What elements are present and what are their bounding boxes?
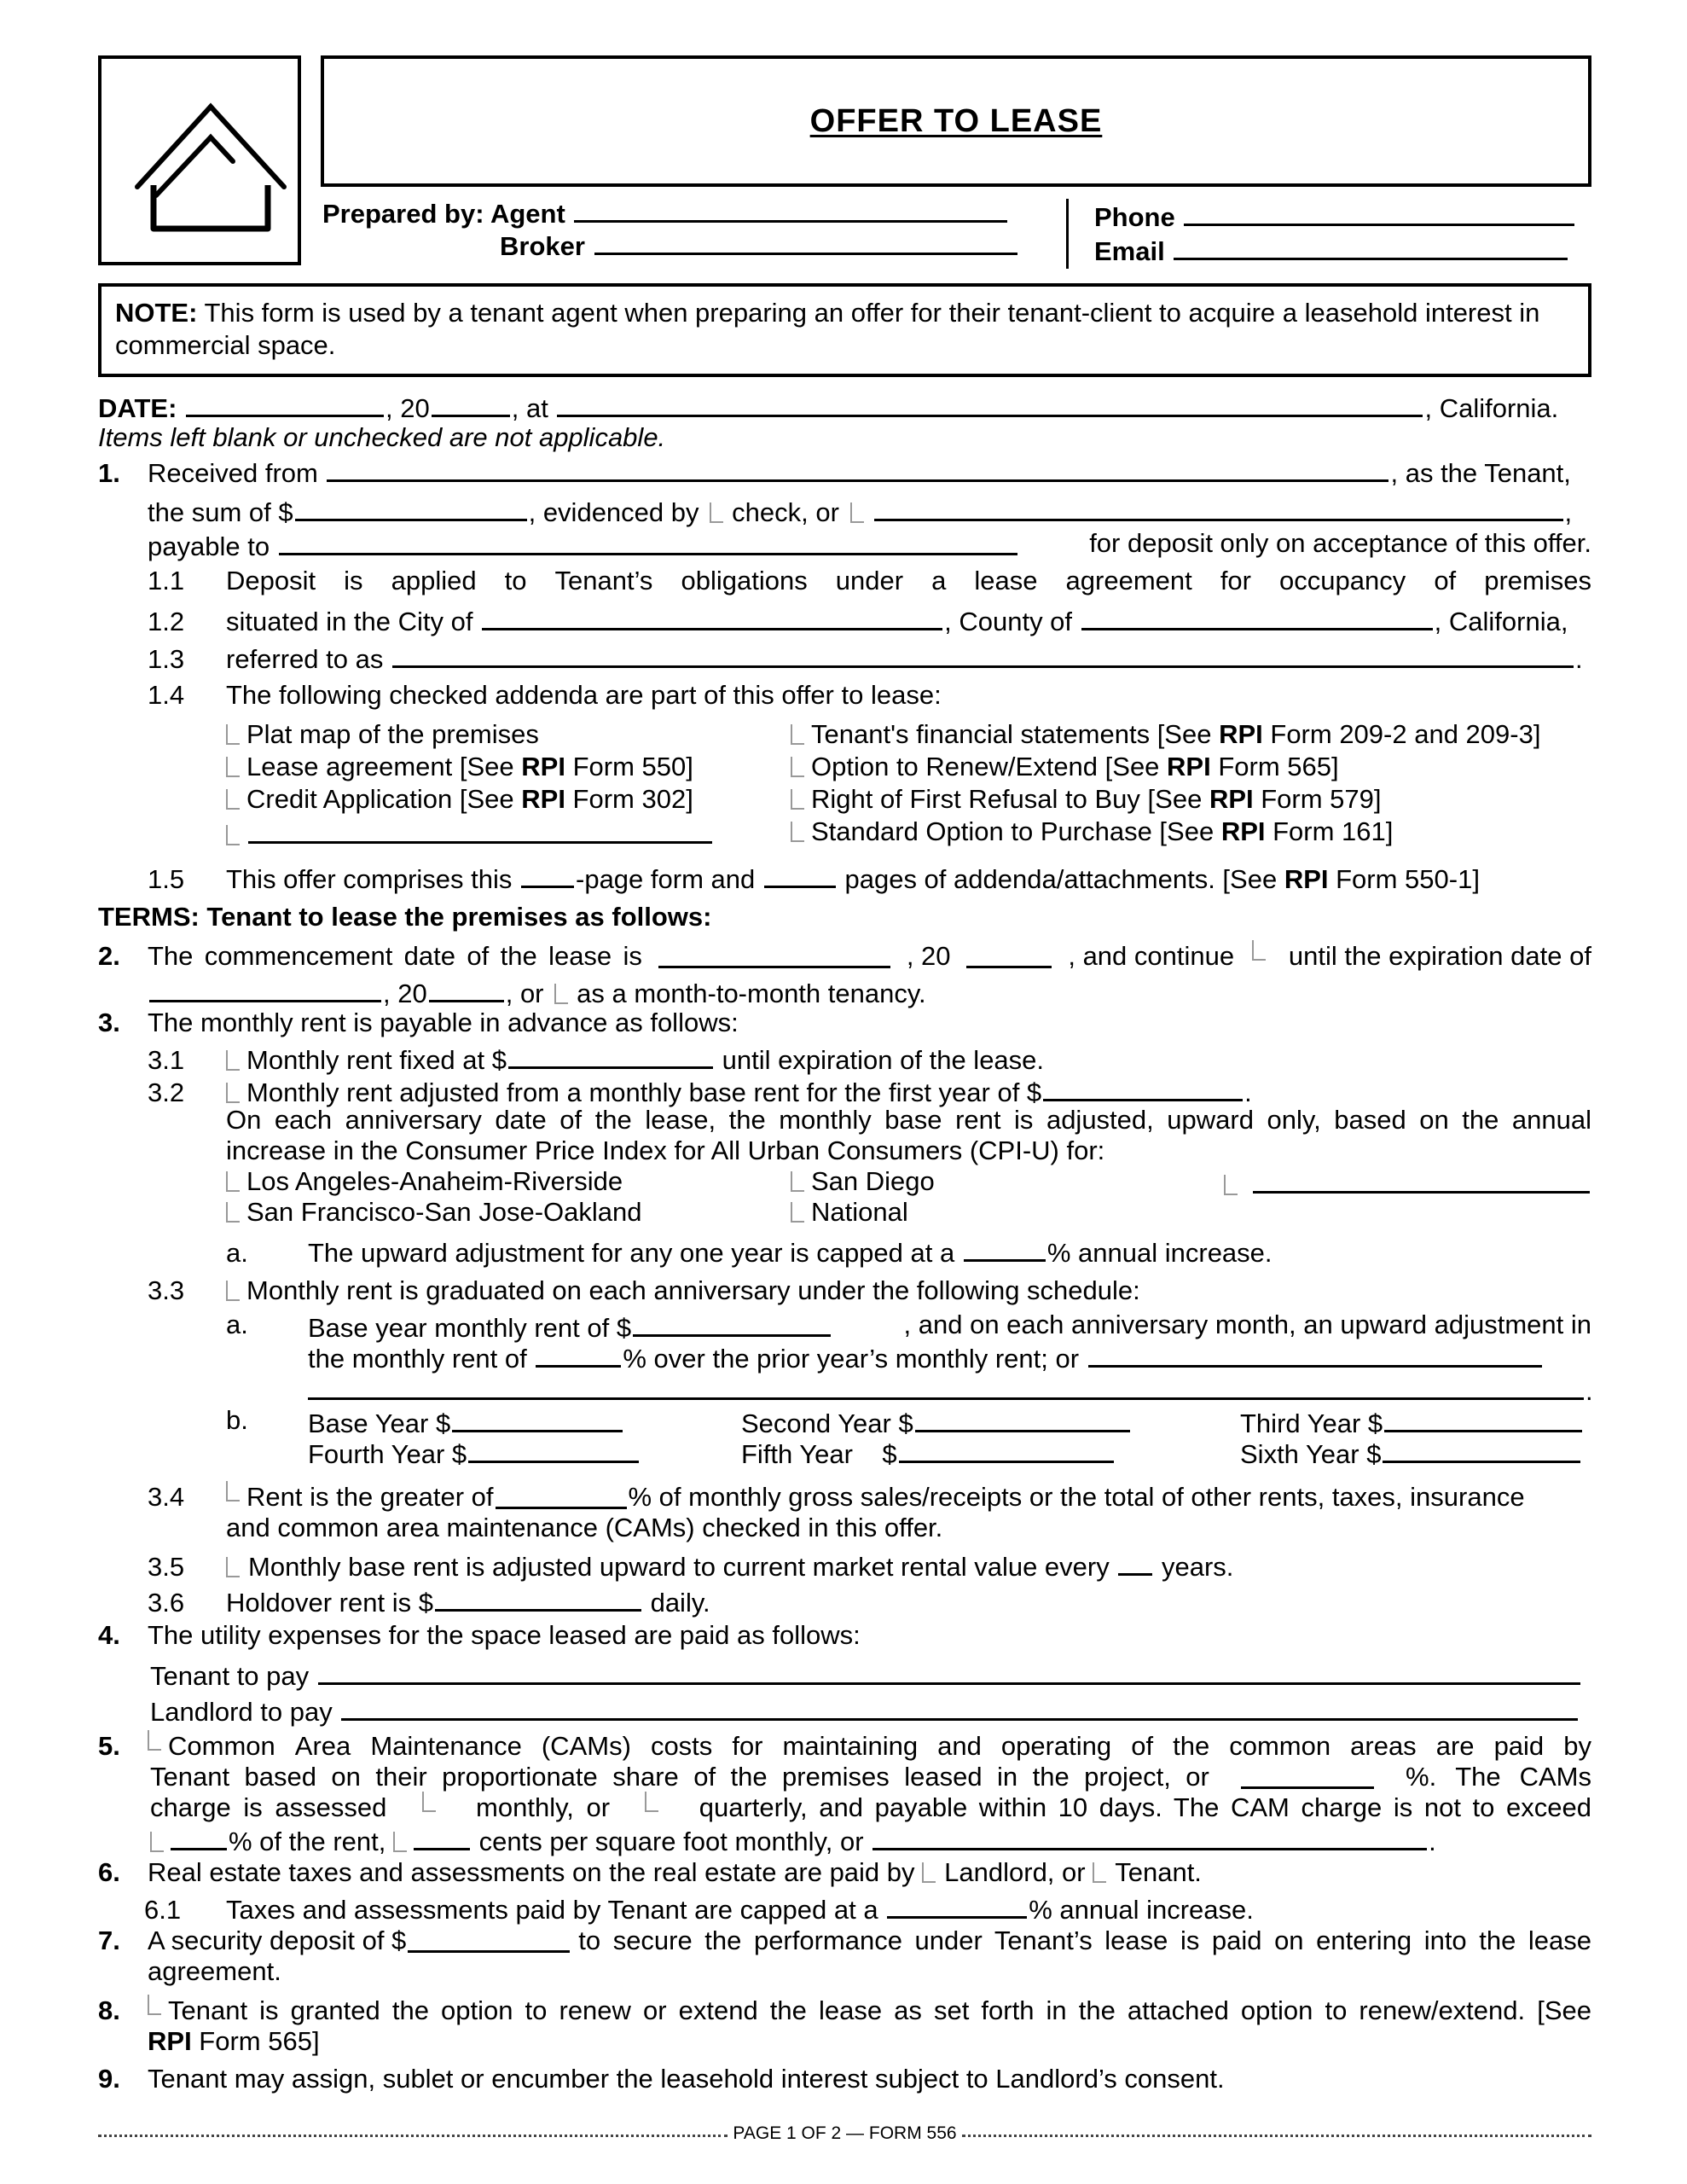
section-3-4-num: 3.4 — [148, 1481, 226, 1513]
addendum-other[interactable] — [226, 816, 714, 848]
word: the — [731, 1761, 768, 1793]
graduated-a-row: a. Base year monthly rent of $, and on e… — [226, 1309, 1591, 1341]
cpi-rent-checkbox[interactable] — [226, 1083, 240, 1103]
payable-to-label: payable to — [148, 531, 270, 561]
year-label: Sixth Year $ — [1240, 1439, 1381, 1469]
word: of — [1434, 565, 1456, 597]
section-5-line-4: % of the rent, cents per square foot mon… — [150, 1822, 1436, 1855]
word: areas — [1350, 1730, 1417, 1763]
year-prefix: , 20 — [386, 393, 430, 423]
section-1-3-num: 1.3 — [148, 643, 226, 676]
word: lease — [548, 940, 612, 973]
fifth-year-row: Fifth Year $ — [741, 1435, 1116, 1467]
second-year-field[interactable] — [915, 1404, 1130, 1432]
fourth-year-field[interactable] — [468, 1435, 639, 1463]
prior-year-label: % over the prior year’s monthly rent; or — [623, 1344, 1079, 1374]
email-field[interactable] — [1174, 232, 1568, 260]
year-label: Third Year $ — [1240, 1409, 1383, 1438]
word: Common — [168, 1730, 275, 1763]
word: Tenant’s — [555, 565, 653, 597]
monthly-label: monthly, or — [476, 1792, 610, 1824]
rpi-label: RPI — [521, 752, 565, 781]
logo-box — [98, 55, 301, 265]
expiration-date-field[interactable] — [149, 974, 381, 1002]
monthly-checkbox[interactable] — [422, 1792, 436, 1812]
rpi-label: RPI — [521, 784, 565, 814]
checkbox[interactable] — [791, 1202, 804, 1223]
addendum-credit-application[interactable]: Credit Application [See RPI Form 302] — [226, 783, 693, 816]
cpi-national[interactable]: National — [791, 1196, 908, 1228]
gross-sales-label: % of monthly gross sales/receipts or the… — [629, 1481, 1525, 1513]
section-7-line-2: agreement. — [148, 1955, 281, 1988]
word: is — [623, 940, 642, 973]
form-number: Form 550-1] — [1329, 864, 1480, 894]
section-1-1-row: 1.1 DepositisappliedtoTenant’sobligation… — [148, 565, 1591, 597]
word: operating — [1001, 1730, 1111, 1763]
cams-text: CommonAreaMaintenance(CAMs)costsformaint… — [168, 1730, 1591, 1763]
deposit-amount-field[interactable] — [295, 493, 527, 521]
cams-label: %.TheCAMs — [1406, 1761, 1591, 1793]
word: obligations — [681, 565, 807, 597]
form-number: Form 161] — [1266, 816, 1394, 846]
section-4-text: The utility expenses for the space lease… — [148, 1620, 861, 1650]
fixed-term-checkbox[interactable] — [1252, 940, 1266, 961]
word: occupancy — [1279, 565, 1406, 597]
page-footer: PAGE 1 OF 2 — FORM 556 — [98, 2121, 1591, 2146]
base-year-field[interactable] — [452, 1404, 623, 1432]
form-number: Form 209-2 and 209-3] — [1263, 719, 1541, 749]
cpi-cap-field[interactable] — [964, 1234, 1046, 1262]
daily-label: daily. — [651, 1588, 710, 1618]
section-2-text: Thecommencementdateoftheleaseis , 20, an… — [148, 940, 1591, 973]
addendum-lease-agreement[interactable]: Lease agreement [See RPI Form 550] — [226, 751, 693, 783]
city-field[interactable] — [482, 602, 942, 630]
terms-heading: TERMS: Tenant to lease the premises as f… — [98, 901, 711, 933]
section-3-4-row: 3.4 Rent is the greater of % of monthly … — [148, 1481, 1591, 1513]
tenant-to-pay-label: Tenant to pay — [150, 1661, 309, 1691]
market-adjust-years-field[interactable] — [1118, 1548, 1152, 1576]
section-5-line-2: Tenantbasedontheirproportionateshareofth… — [150, 1761, 1591, 1793]
graduated-other-field-2[interactable] — [308, 1372, 1584, 1400]
word: The — [148, 940, 193, 973]
anniversary-label: , and on each anniversary month, an upwa… — [904, 1309, 1591, 1341]
word: and — [937, 1730, 982, 1763]
header-divider — [1066, 199, 1069, 269]
taxes-landlord-checkbox[interactable] — [922, 1862, 936, 1883]
sixth-year-field[interactable] — [1383, 1435, 1580, 1463]
section-3-1-row: 3.1Monthly rent fixed at $ until expirat… — [148, 1041, 1044, 1073]
check-or-label: check, or — [732, 497, 839, 527]
section-7-row: 7. A security deposit of $ to secure the… — [98, 1925, 1591, 1957]
form-number: Form 565] — [192, 2026, 320, 2056]
monthly-rent-of-label: the monthly rent of — [308, 1344, 527, 1374]
section-6-1-num: 6.1 — [144, 1894, 226, 1926]
word: costs — [651, 1730, 712, 1763]
section-1-1-num: 1.1 — [148, 565, 226, 597]
checkbox[interactable] — [791, 789, 804, 810]
section-1-5-num: 1.5 — [148, 863, 226, 896]
form-number: Form 302] — [565, 784, 693, 814]
email-row: Email — [1094, 232, 1569, 264]
payable-row: payable to for deposit only on acceptanc… — [148, 527, 1591, 560]
county-label: , County of — [944, 607, 1072, 636]
addendum-first-refusal[interactable]: Right of First Refusal to Buy [See RPI F… — [791, 783, 1382, 816]
section-6-num: 6. — [98, 1856, 148, 1889]
rpi-label: RPI — [1221, 816, 1266, 846]
cpi-rent-label: Monthly rent adjusted from a monthly bas… — [246, 1077, 1041, 1107]
base-year-rent-field[interactable] — [633, 1309, 831, 1337]
addendum-plat-map[interactable]: Plat map of the premises — [226, 718, 539, 751]
section-6-row: 6.Real estate taxes and assessments on t… — [98, 1856, 1202, 1889]
assessed-label: charge is assessed — [150, 1792, 386, 1824]
section-5-row: 5. CommonAreaMaintenance(CAMs)costsforma… — [98, 1730, 1591, 1763]
cpi-cap-row: a.The upward adjustment for any one year… — [226, 1234, 1272, 1266]
word: the — [501, 940, 537, 973]
note-box: NOTE: This form is used by a tenant agen… — [98, 283, 1591, 377]
commencement-label: Thecommencementdateoftheleaseis — [148, 940, 642, 973]
word: based — [245, 1761, 316, 1793]
graduated-a-row-2: the monthly rent of % over the prior yea… — [308, 1339, 1544, 1372]
holdover-rent-field[interactable] — [435, 1583, 641, 1612]
word: Deposit — [226, 565, 316, 597]
percentage-rent-checkbox[interactable] — [226, 1481, 240, 1501]
year-label: Second Year $ — [741, 1409, 913, 1438]
section-5-line-3: charge is assessed monthly, or quarterly… — [150, 1792, 1591, 1824]
addenda-pages-field[interactable] — [764, 860, 836, 888]
graduated-other-field[interactable] — [1088, 1339, 1542, 1368]
word: agreement — [1066, 565, 1192, 597]
cents-per-sqft-checkbox[interactable] — [393, 1832, 407, 1852]
addendum-label: Option to Renew/Extend [See — [811, 752, 1167, 781]
security-deposit-text: to secure the performance under Tenant’s… — [578, 1925, 1591, 1957]
renew-option-text: Tenant is granted the option to renew or… — [168, 1995, 1591, 2027]
section-3-num: 3. — [98, 1007, 148, 1039]
form-number: Form 550] — [565, 752, 693, 781]
year-label: Fourth Year $ — [308, 1439, 467, 1469]
instructions: Items left blank or unchecked are not ap… — [98, 421, 665, 454]
cpi-other-field[interactable] — [1253, 1165, 1590, 1194]
addenda-intro: The following checked addenda are part o… — [226, 680, 942, 710]
word: of — [467, 940, 489, 973]
form-number: Form 579] — [1254, 784, 1382, 814]
market-adjust-checkbox[interactable] — [226, 1557, 240, 1577]
word: %. — [1406, 1761, 1436, 1793]
phone-field[interactable] — [1184, 198, 1574, 226]
sixth-year-row: Sixth Year $ — [1240, 1435, 1582, 1467]
date-location-field[interactable] — [557, 389, 1423, 417]
checkbox[interactable] — [1224, 1175, 1238, 1195]
word: common — [1229, 1730, 1330, 1763]
landlord-to-pay-row: Landlord to pay — [150, 1693, 1580, 1725]
period: . — [1586, 1376, 1593, 1406]
section-4-row: 4.The utility expenses for the space lea… — [98, 1619, 861, 1652]
sum-of-label: the sum of $ — [148, 497, 293, 527]
percent-of-rent-field[interactable] — [171, 1822, 227, 1850]
agent-row: Prepared by: Agent — [322, 195, 1009, 227]
section-2-row: 2. Thecommencementdateoftheleaseis , 20,… — [98, 940, 1591, 973]
date-field[interactable] — [186, 389, 384, 417]
word: share — [612, 1761, 679, 1793]
base-year-row: Base Year $ — [308, 1404, 624, 1437]
house-icon — [101, 59, 298, 262]
evidenced-by-label: , evidenced by — [529, 497, 699, 527]
cpi-paragraph-1: On each anniversary date of the lease, t… — [226, 1104, 1591, 1136]
as-tenant-label: , as the Tenant, — [1390, 458, 1570, 488]
footer-divider-left — [98, 2135, 728, 2137]
deposit-only-label: for deposit only on acceptance of this o… — [1089, 527, 1591, 560]
section-3-row: 3.The monthly rent is payable in advance… — [98, 1007, 739, 1039]
note-label: NOTE: — [115, 298, 197, 328]
word: a — [931, 565, 946, 597]
base-rent-field[interactable] — [1043, 1073, 1243, 1101]
cams-checkbox[interactable] — [148, 1730, 161, 1751]
checkbox[interactable] — [226, 825, 240, 845]
tenant-label: Tenant. — [1115, 1857, 1202, 1887]
other-payment-checkbox[interactable] — [850, 502, 864, 523]
date-label: DATE: — [98, 393, 177, 423]
word: leased — [904, 1761, 982, 1793]
word: by — [1563, 1730, 1591, 1763]
third-year-field[interactable] — [1384, 1404, 1582, 1432]
payable-to-field[interactable] — [279, 527, 1017, 555]
section-8-line-2: RPI Form 565] — [148, 2025, 320, 2058]
section-3-5-row: 3.5Monthly base rent is adjusted upward … — [148, 1548, 1233, 1580]
comprises-label: This offer comprises this — [226, 864, 512, 894]
word: premises — [782, 1761, 890, 1793]
word: or — [1186, 1761, 1209, 1793]
date-row: DATE: , 20, at , California. — [98, 389, 1591, 421]
cpi-san-francisco[interactable]: San Francisco-San Jose-Oakland — [226, 1196, 642, 1228]
section-3-6-num: 3.6 — [148, 1587, 226, 1619]
rpi-label: RPI — [148, 2026, 192, 2056]
addendum-label: Plat map of the premises — [246, 719, 539, 749]
section-6-1-row: 6.1Taxes and assessments paid by Tenant … — [144, 1891, 1254, 1923]
section-8-row: 8. Tenant is granted the option to renew… — [98, 1995, 1591, 2027]
form-number: Form 565] — [1211, 752, 1339, 781]
annual-increase-label: % annual increase. — [1047, 1238, 1272, 1268]
security-deposit-field[interactable] — [408, 1925, 570, 1953]
taxes-capped-label: Taxes and assessments paid by Tenant are… — [226, 1895, 878, 1925]
market-adjust-label: Monthly base rent is adjusted upward to … — [248, 1552, 1110, 1582]
addendum-label: Standard Option to Purchase [See — [811, 816, 1221, 846]
california-label: , California, — [1435, 607, 1568, 636]
renew-option-checkbox[interactable] — [148, 1995, 161, 2015]
cam-exceed-label: quarterly, and payable within 10 days. T… — [699, 1792, 1591, 1824]
word: their — [375, 1761, 426, 1793]
percent-of-rent-label: % of the rent, — [229, 1827, 386, 1856]
word: the — [1173, 1730, 1209, 1763]
month-to-month-label: as a month-to-month tenancy. — [577, 979, 926, 1008]
addendum-option-renew[interactable]: Option to Renew/Extend [See RPI Form 565… — [791, 751, 1339, 783]
fixed-rent-checkbox[interactable] — [226, 1050, 240, 1071]
sum-row: the sum of $, evidenced by check, or , — [148, 493, 1572, 526]
cpi-san-diego[interactable]: San Diego — [791, 1165, 935, 1198]
section-1-3-row: 1.3referred to as . — [148, 640, 1591, 672]
section-3-1-num: 3.1 — [148, 1044, 226, 1077]
premises-reference-field[interactable] — [392, 640, 1574, 668]
cpi-label: San Diego — [811, 1166, 935, 1196]
addendum-option-purchase[interactable]: Standard Option to Purchase [See RPI For… — [791, 816, 1393, 848]
checkbox[interactable] — [226, 724, 240, 745]
commencement-date-field[interactable] — [658, 940, 890, 968]
section-8-num: 8. — [98, 1995, 148, 2027]
section-3-3-num: 3.3 — [148, 1275, 226, 1307]
expiration-year-field[interactable] — [429, 974, 504, 1002]
section-9-num: 9. — [98, 2063, 148, 2095]
broker-row: Broker — [500, 227, 1019, 259]
cpi-paragraph-2: increase in the Consumer Price Index for… — [226, 1135, 1104, 1167]
word: commencement — [205, 940, 393, 973]
word: premises — [1484, 565, 1591, 597]
word: paid — [1494, 1730, 1545, 1763]
section-5-num: 5. — [98, 1730, 148, 1763]
section-4-num: 4. — [98, 1619, 148, 1652]
year-prefix: , 20 — [907, 940, 951, 973]
word: CAMs — [1520, 1761, 1591, 1793]
taxes-cap-field[interactable] — [887, 1891, 1027, 1919]
until-label: until the expiration date of — [1289, 940, 1591, 973]
phone-row: Phone — [1094, 198, 1576, 230]
word: (CAMs) — [542, 1730, 631, 1763]
continue-label: , and continue — [1068, 940, 1234, 973]
addendum-label: Credit Application [See — [246, 784, 521, 814]
tenant-utilities-field[interactable] — [318, 1657, 1580, 1685]
proportionate-share-text: Tenantbasedontheirproportionateshareofth… — [150, 1761, 1209, 1793]
section-1-row: 1.Received from , as the Tenant, — [98, 454, 1571, 486]
taxes-tenant-checkbox[interactable] — [1093, 1862, 1106, 1883]
holdover-label: Holdover rent is $ — [226, 1588, 433, 1618]
cpi-los-angeles[interactable]: Los Angeles-Anaheim-Riverside — [226, 1165, 623, 1198]
cents-per-sqft-label: cents per square foot monthly, or — [479, 1827, 864, 1856]
third-year-row: Third Year $ — [1240, 1404, 1584, 1437]
item-a-label: a. — [226, 1309, 308, 1341]
section-3-4-line-2: and common area maintenance (CAMs) check… — [226, 1512, 942, 1544]
cap-label: The upward adjustment for any one year i… — [308, 1238, 954, 1268]
word: of — [1131, 1730, 1153, 1763]
check-checkbox[interactable] — [710, 502, 723, 523]
period: . — [1244, 1077, 1252, 1107]
word: applied — [391, 565, 477, 597]
checkbox[interactable] — [226, 1202, 240, 1223]
other-addendum-field[interactable] — [248, 816, 712, 844]
period: . — [1575, 644, 1583, 674]
percentage-rent-field[interactable] — [496, 1481, 627, 1509]
rpi-label: RPI — [1167, 752, 1211, 781]
fifth-year-field[interactable] — [899, 1435, 1114, 1463]
item-b-label: b. — [226, 1404, 248, 1437]
broker-field[interactable] — [594, 227, 1017, 255]
cams-percent-field[interactable] — [1241, 1761, 1374, 1789]
section-3-5-num: 3.5 — [148, 1551, 226, 1583]
word: in — [997, 1761, 1017, 1793]
graduated-percent-field[interactable] — [536, 1339, 621, 1368]
section-2-num: 2. — [98, 940, 148, 973]
rpi-label: RPI — [1219, 719, 1263, 749]
section-1-1-text: DepositisappliedtoTenant’sobligationsund… — [226, 565, 1591, 597]
commencement-year-field[interactable] — [966, 940, 1052, 968]
annual-increase-label: % annual increase. — [1029, 1895, 1254, 1925]
period: . — [1429, 1827, 1436, 1856]
word: The — [1455, 1761, 1500, 1793]
section-1-5-row: 1.5This offer comprises this -page form … — [148, 860, 1480, 892]
page-number: PAGE 1 OF 2 — FORM 556 — [728, 2123, 961, 2144]
second-year-row: Second Year $ — [741, 1404, 1132, 1437]
rpi-label: RPI — [1209, 784, 1254, 814]
county-field[interactable] — [1081, 602, 1433, 630]
landlord-utilities-field[interactable] — [341, 1693, 1578, 1721]
year-label: Base Year $ — [308, 1409, 450, 1438]
tenant-name-field[interactable] — [327, 454, 1388, 482]
checkbox[interactable] — [791, 757, 804, 777]
addendum-label: Lease agreement [See — [246, 752, 521, 781]
item-a-label: a. — [226, 1237, 308, 1269]
checkbox[interactable] — [226, 789, 240, 810]
cpi-label: San Francisco-San Jose-Oakland — [246, 1197, 642, 1227]
graduated-a-row-3: . — [308, 1372, 1593, 1404]
word: to — [505, 565, 527, 597]
quarterly-checkbox[interactable] — [645, 1792, 658, 1812]
section-1-4-row: 1.4The following checked addenda are par… — [148, 679, 942, 712]
cpi-other[interactable] — [1224, 1165, 1591, 1198]
section-1-4-num: 1.4 — [148, 679, 226, 712]
section-3-6-row: 3.6Holdover rent is $ daily. — [148, 1583, 710, 1616]
addendum-financial-statements[interactable]: Tenant's financial statements [See RPI F… — [791, 718, 1540, 751]
checkbox[interactable] — [791, 1171, 804, 1192]
word: for — [1220, 565, 1251, 597]
word: is — [344, 565, 362, 597]
form-pages-field[interactable] — [521, 860, 574, 888]
security-deposit-label: A security deposit of $ — [148, 1925, 406, 1957]
year-prefix: , 20 — [383, 979, 427, 1008]
page-form-label: -page form and — [576, 864, 755, 894]
email-label: Email — [1094, 236, 1165, 266]
comma: , — [1565, 497, 1573, 527]
section-2-row-2: , 20, or as a month-to-month tenancy. — [148, 974, 926, 1007]
date-year-field[interactable] — [432, 389, 510, 417]
checkbox[interactable] — [791, 724, 804, 745]
section-1-num: 1. — [98, 457, 148, 490]
page-title: OFFER TO LEASE — [324, 103, 1588, 140]
checkbox[interactable] — [791, 822, 804, 842]
word: on — [331, 1761, 360, 1793]
word: date — [404, 940, 455, 973]
other-payment-field[interactable] — [874, 493, 1563, 521]
checkbox[interactable] — [226, 1171, 240, 1192]
greater-of-label: Rent is the greater of — [246, 1481, 494, 1513]
year-label: Fifth Year $ — [741, 1439, 897, 1469]
graduated-rent-checkbox[interactable] — [226, 1281, 240, 1301]
word: the — [1033, 1761, 1070, 1793]
footer-divider-right — [962, 2135, 1591, 2137]
checkbox[interactable] — [226, 757, 240, 777]
month-to-month-checkbox[interactable] — [554, 984, 568, 1004]
word: Tenant — [150, 1761, 229, 1793]
until-expiration-label: until expiration of the lease. — [722, 1045, 1044, 1075]
title-box: OFFER TO LEASE — [321, 55, 1591, 187]
cam-other-field[interactable] — [872, 1822, 1427, 1850]
addenda-pages-label: pages of addenda/attachments. [See — [844, 864, 1284, 894]
agent-field[interactable] — [574, 195, 1007, 223]
section-3-3-row: 3.3Monthly rent is graduated on each ann… — [148, 1275, 1140, 1307]
cents-per-sqft-field[interactable] — [414, 1822, 470, 1850]
fixed-rent-field[interactable] — [508, 1041, 713, 1069]
fourth-year-row: Fourth Year $ — [308, 1435, 641, 1467]
word: proportionate — [442, 1761, 598, 1793]
cpi-label: National — [811, 1197, 908, 1227]
percent-of-rent-checkbox[interactable] — [150, 1832, 164, 1852]
note-text: This form is used by a tenant agent when… — [115, 298, 1539, 360]
broker-label: Broker — [500, 231, 585, 261]
